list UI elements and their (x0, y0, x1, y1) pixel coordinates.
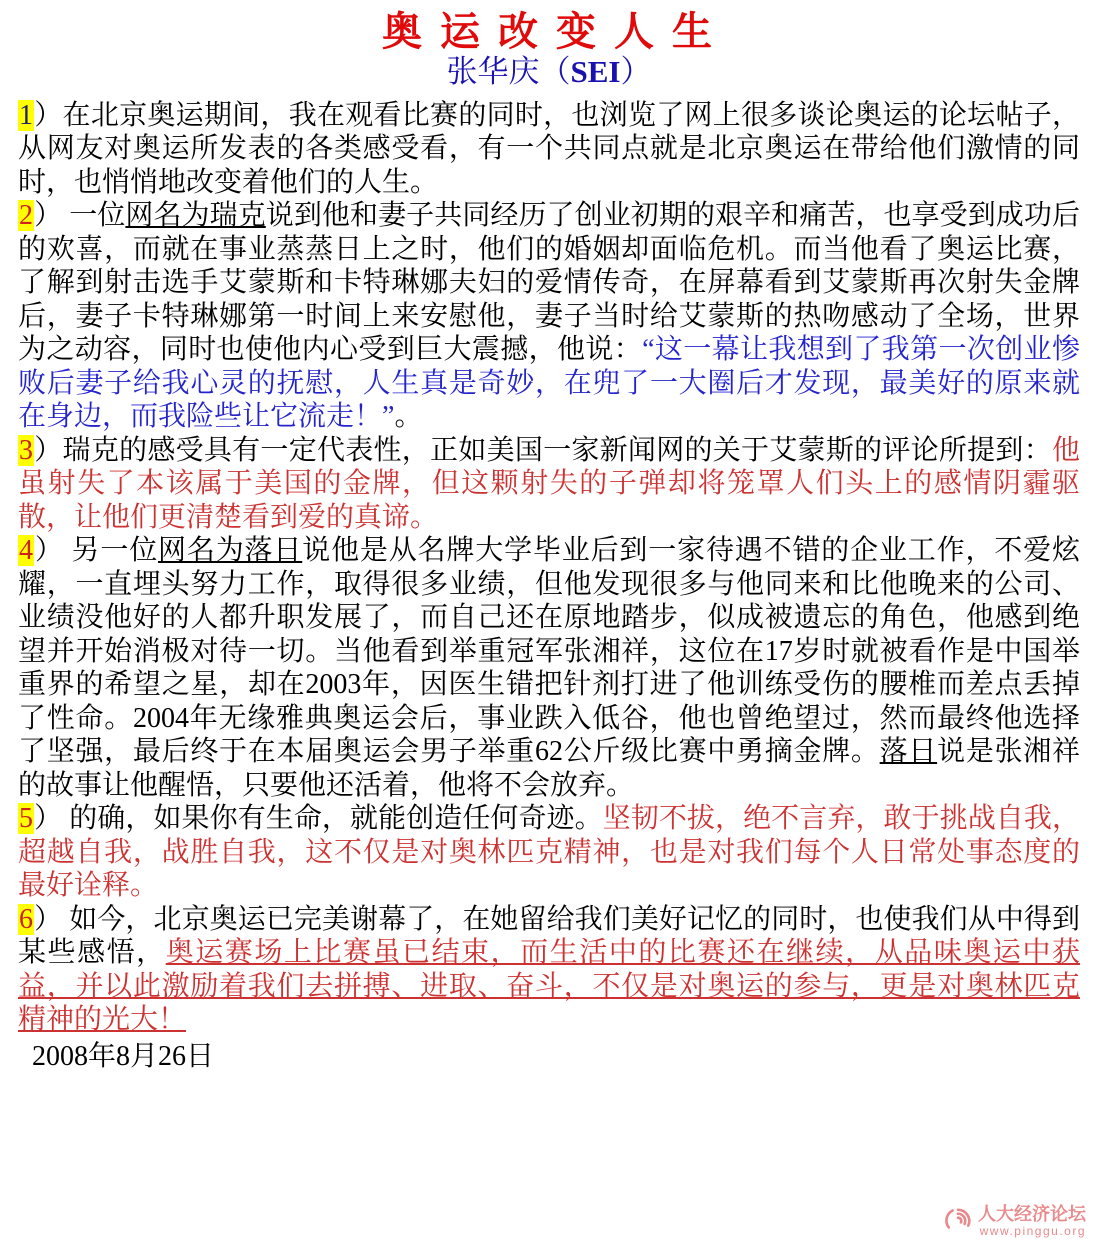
paragraph-number-highlight-6: 6 (18, 904, 34, 935)
watermark: 人大经济论坛 www.pinggu.org (943, 1205, 1086, 1238)
paragraph-number-bracket: ） (34, 803, 62, 834)
paragraph-number-bracket: ） (34, 535, 64, 566)
paragraph-4: 4） 另一位网名为落日说他是从名牌大学毕业后到一家待遇不错的企业工作，不爱炫耀，… (18, 534, 1080, 802)
pinggu-logo-icon (943, 1206, 973, 1236)
text-segment-plain: 在北京奥运期间，我在观看比赛的同时，也浏览了网上很多谈论奥运的论坛帖子，从网友对… (18, 100, 1080, 198)
text-segment-plain: 瑞克的感受具有一定代表性，正如美国一家新闻网的关于艾蒙斯的评论所提到： (63, 435, 1052, 466)
author-close-paren: ） (620, 54, 651, 89)
paragraph-number-highlight-2: 2 (18, 200, 34, 231)
paragraph-number-bracket: ） (34, 200, 62, 231)
text-segment-plain: 的确，如果你有生命，就能创造任何奇迹。 (62, 803, 603, 834)
page-title: 奥 运 改 变 人 生 (18, 10, 1080, 55)
paragraph-number-highlight-3: 3 (18, 435, 34, 466)
author-line: 张华庆（SEI） (18, 55, 1080, 90)
document-page: 奥 运 改 变 人 生 张华庆（SEI） 1）在北京奥运期间，我在观看比赛的同时… (0, 0, 1100, 1073)
date-line: 2008年8月26日 (18, 1040, 1080, 1074)
paragraph-number-bracket: ） (34, 435, 63, 466)
paragraph-5: 5） 的确，如果你有生命，就能创造任何奇迹。坚韧不拔，绝不言弃，敢于挑战自我，超… (18, 802, 1080, 903)
paragraph-number-highlight-4: 4 (18, 535, 34, 566)
text-segment-underline: 网名为落日 (158, 535, 302, 566)
paragraph-1: 1）在北京奥运期间，我在观看比赛的同时，也浏览了网上很多谈论奥运的论坛帖子，从网… (18, 99, 1080, 200)
watermark-site-name: 人大经济论坛 (978, 1205, 1086, 1224)
paragraph-number-highlight-1: 1 (18, 100, 34, 131)
author-name: 张华庆（ (447, 54, 571, 89)
watermark-url: www.pinggu.org (980, 1224, 1086, 1238)
watermark-text: 人大经济论坛 www.pinggu.org (978, 1205, 1086, 1238)
text-segment-red-underline: 奥运赛场上比赛虽已结束，而生活中的比赛还在继续，从品味奥运中获益，并以此激励着我… (18, 937, 1080, 1035)
paragraph-3: 3）瑞克的感受具有一定代表性，正如美国一家新闻网的关于艾蒙斯的评论所提到：他虽射… (18, 434, 1080, 535)
text-segment-plain: 一位 (62, 200, 125, 231)
text-segment-plain: 。 (394, 401, 422, 432)
paragraph-number-highlight-5: 5 (18, 803, 34, 834)
text-segment-underline: 落日 (880, 736, 937, 767)
paragraph-number-bracket: ） (34, 100, 63, 131)
paragraph-6: 6） 如今，北京奥运已完美谢幕了，在她留给我们美好记忆的同时，也使我们从中得到某… (18, 903, 1080, 1037)
text-segment-plain: 另一位 (64, 535, 158, 566)
author-sei: SEI (571, 54, 621, 89)
paragraphs-container: 1）在北京奥运期间，我在观看比赛的同时，也浏览了网上很多谈论奥运的论坛帖子，从网… (18, 99, 1080, 1037)
paragraph-number-bracket: ） (34, 904, 62, 935)
text-segment-underline: 网名为瑞克 (125, 200, 265, 231)
paragraph-2: 2） 一位网名为瑞克说到他和妻子共同经历了创业初期的艰辛和痛苦，也享受到成功后的… (18, 199, 1080, 434)
text-segment-plain: 说他是从名牌大学毕业后到一家待遇不错的企业工作，不爱炫耀，一直埋头努力工作，取得… (18, 535, 1080, 767)
